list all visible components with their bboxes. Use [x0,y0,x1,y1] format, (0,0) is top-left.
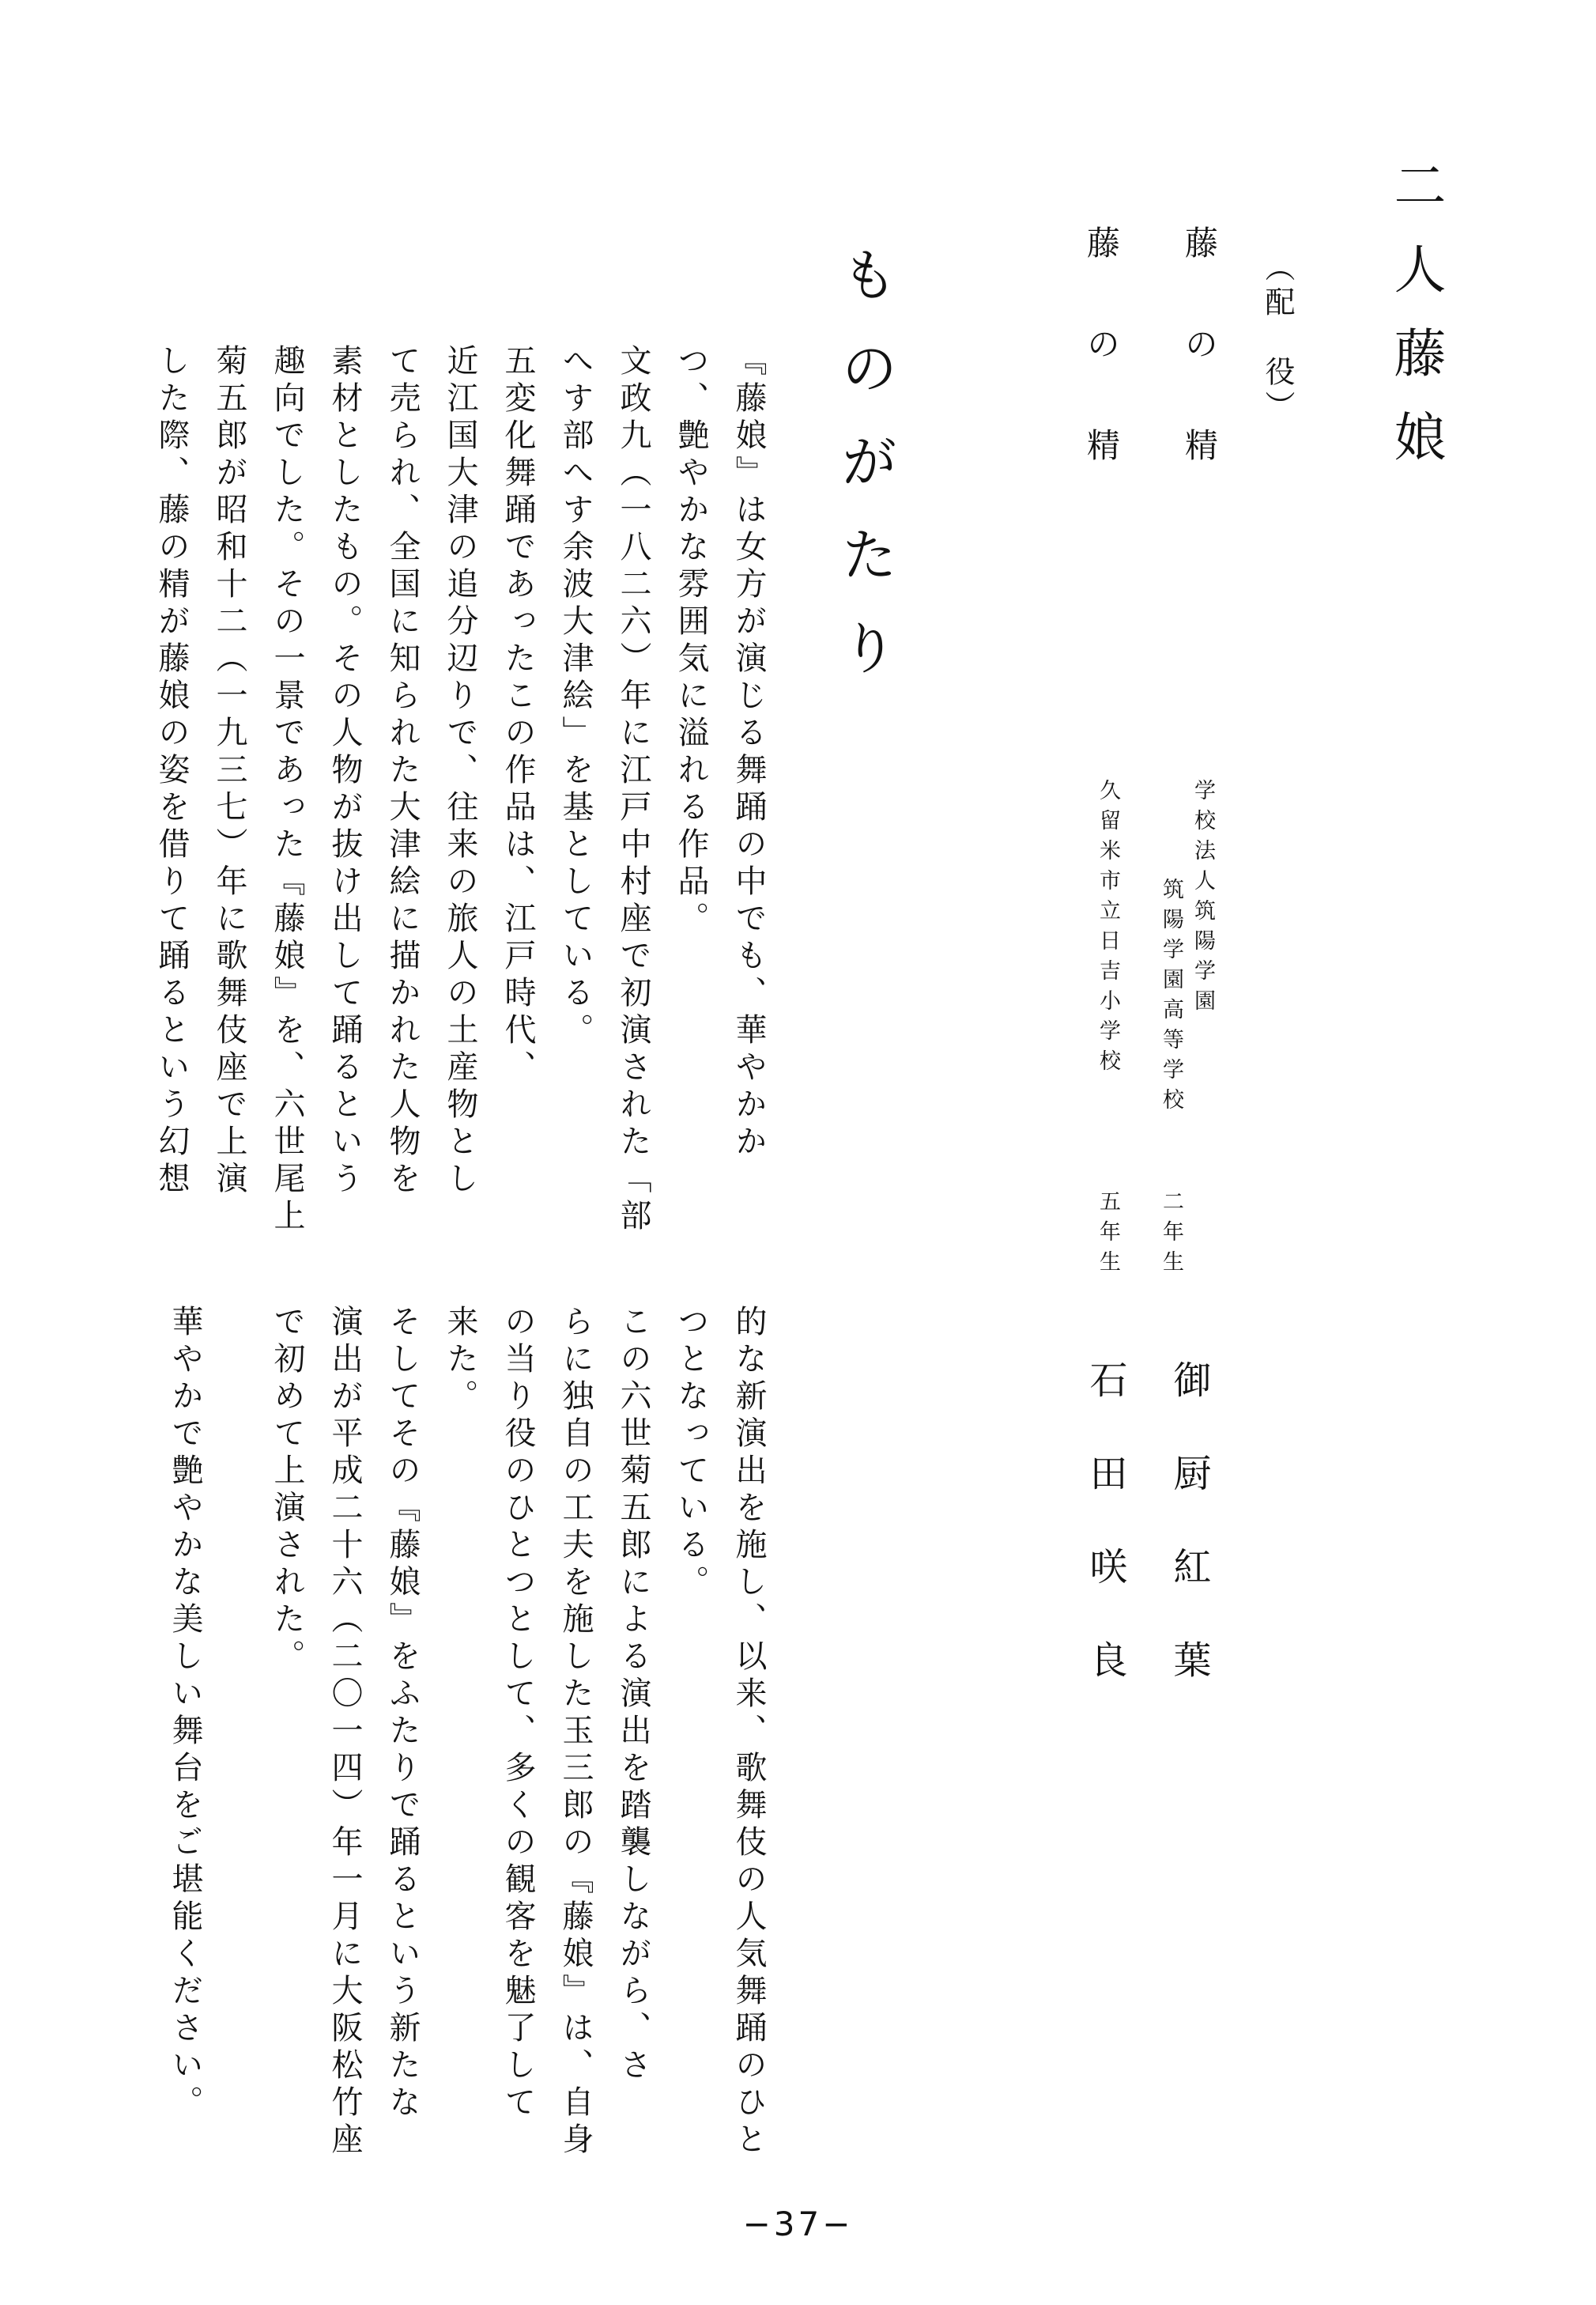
program-page: 二人藤娘 （配 役） 藤の精 藤の精 学校法人筑陽学園 筑陽学園高等学校 二年生… [0,0,1596,2305]
story-line: そしてその『藤娘』をふたりで踊るという新たな [374,1305,432,2167]
story-line: 文政九（一八二六）年に江戸中村座で初演された「部 [605,344,662,1245]
cast-school-1-line2: 筑陽学園高等学校 [1156,878,1187,1118]
story-line: 的な新演出を施し、以来、歌舞伎の人気舞踊のひと [720,1305,778,2167]
story-closing-line: 華やかで艶やかな美しい舞台をご堪能ください。 [157,1305,214,2167]
story-line: つとなっている。 [662,1305,720,2167]
story-line: 近江国大津の追分辺りで、往来の旅人の土産物とし [432,344,489,1245]
story-line: つ、艶やかな雰囲気に溢れる作品。 [662,344,720,1245]
cast-school-2-line1: 久留米市立日吉小学校 [1093,779,1124,1079]
performer-name-1: 御厨紅葉 [1161,1360,1216,1733]
story-upper-block: 『藤娘』は女方が演じる舞踊の中でも、華やかか つ、艶やかな雰囲気に溢れる作品。 … [143,344,778,1245]
story-line: 素材としたもの。その人物が抜け出して踊るという [316,344,374,1245]
story-line: の当り役のひとつとして、多くの観客を魅了して [489,1305,547,2167]
story-line: 来た。 [432,1305,489,2167]
cast-grade-1: 二年生 [1156,1190,1187,1280]
story-line: て売られ、全国に知られた大津絵に描かれた人物を [374,344,432,1245]
cast-grade-2: 五年生 [1093,1190,1124,1280]
cast-role-1: 藤の精 [1175,225,1222,529]
cast-role-2: 藤の精 [1077,225,1124,529]
story-line: へす部へす余波大津絵」を基としている。 [547,344,605,1245]
story-line: 趣向でした。その一景であった『藤娘』を、六世尾上 [258,344,316,1245]
story-line: らに独自の工夫を施した玉三郎の『藤娘』は、自身 [547,1305,605,2167]
story-lower-block: 的な新演出を施し、以来、歌舞伎の人気舞踊のひと つとなっている。 この六世菊五郎… [157,1305,778,2167]
page-number: −37− [0,2205,1596,2243]
story-line: で初めて上演された。 [258,1305,316,2167]
story-line: 五変化舞踊であったこの作品は、江戸時代、 [489,344,547,1245]
cast-label: （配 役） [1255,251,1299,425]
story-line: した際、藤の精が藤娘の姿を借りて踊るという幻想 [143,344,201,1245]
story-line: この六世菊五郎による演出を踏襲しながら、さ [605,1305,662,2167]
story-line: 菊五郎が昭和十二（一九三七）年に歌舞伎座で上演 [201,344,258,1245]
story-line: 『藤娘』は女方が演じる舞踊の中でも、華やかか [720,344,778,1245]
story-line: 演出が平成二十六（二〇一四）年一月に大阪松竹座 [316,1305,374,2167]
cast-school-1-line1: 学校法人筑陽学園 [1188,779,1219,1019]
story-heading: ものがたり [823,245,905,712]
page-title: 二人藤娘 [1377,158,1452,493]
performer-name-2: 石田咲良 [1077,1360,1132,1733]
